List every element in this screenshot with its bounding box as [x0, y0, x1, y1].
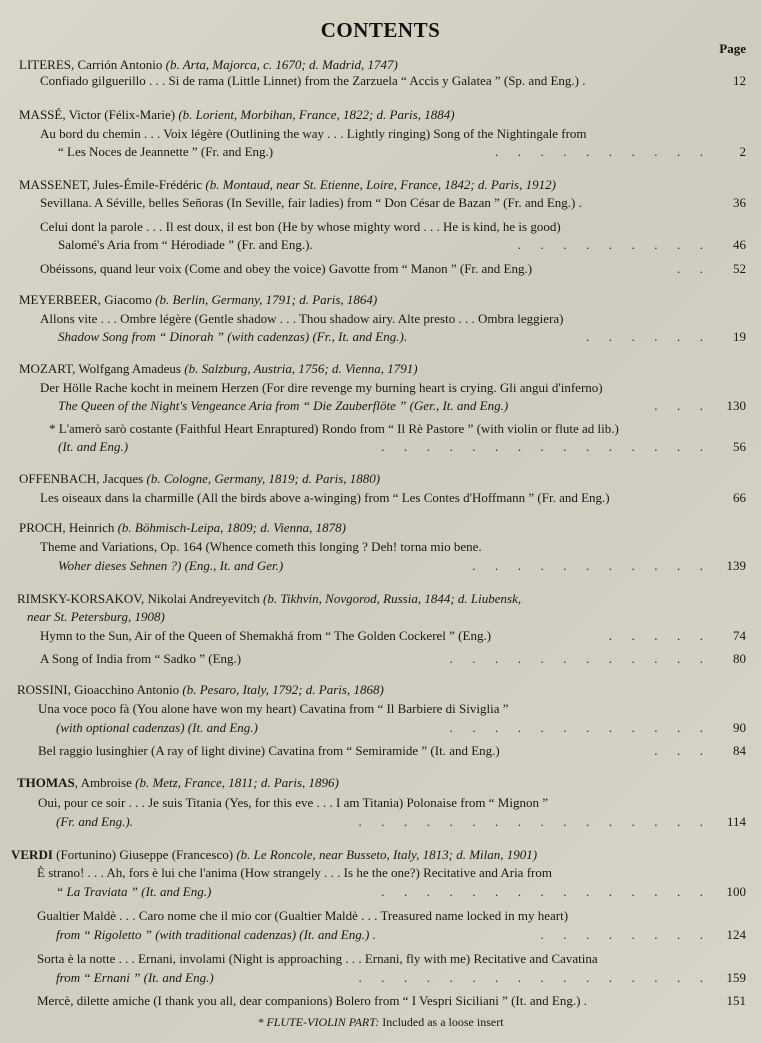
footnote-marker: * FLUTE-VIOLIN PART:: [257, 1015, 379, 1029]
work-title-cont: from “ Rigoletto ” (with traditional cad…: [56, 926, 376, 944]
composer-given-name: (Fortunino) Giuseppe (Francesco): [53, 847, 233, 862]
work-entry[interactable]: Les oiseaux dans la charmille (All the b…: [0, 489, 761, 507]
work-entry[interactable]: Hymn to the Sun, Air of the Queen of She…: [0, 627, 761, 645]
work-entry[interactable]: Der Hölle Rache kocht in meinem Herzen (…: [0, 379, 761, 397]
work-entry[interactable]: Mercè, dilette amiche (I thank you all, …: [0, 992, 761, 1010]
work-entry[interactable]: Au bord du chemin . . . Voix légère (Out…: [0, 125, 761, 143]
composer-given-name: , Giacomo: [98, 292, 152, 307]
page-number: 2: [716, 143, 746, 161]
composer-given-name: , Carrión Antonio: [71, 57, 162, 72]
composer-bio-cont: near St. Petersburg, 1908): [27, 609, 165, 624]
work-entry-continuation[interactable]: Salomé's Aria from “ Hérodiade ” (Fr. an…: [0, 236, 761, 254]
work-title: Oui, pour ce soir . . . Je suis Titania …: [38, 794, 548, 812]
work-entry[interactable]: A Song of India from “ Sadko ” (Eng.) . …: [0, 650, 761, 668]
work-title: Hymn to the Sun, Air of the Queen of She…: [40, 627, 491, 645]
page-number: 36: [716, 194, 746, 212]
work-entry[interactable]: È strano! . . . Ah, fors è lui che l'ani…: [0, 864, 761, 882]
dot-leader: . . . . . . . . . . . . . . .: [381, 883, 703, 901]
page-number: 52: [716, 260, 746, 278]
work-title: Mercè, dilette amiche (I thank you all, …: [37, 992, 587, 1010]
dot-leader: . .: [677, 260, 703, 278]
work-entry-continuation[interactable]: “ La Traviata ” (It. and Eng.) . . . . .…: [0, 883, 761, 901]
footnote-text: Included as a loose insert: [379, 1015, 503, 1029]
work-title-cont: (It. and Eng.): [58, 438, 128, 456]
composer-bio: (b. Salzburg, Austria, 1756; d. Vienna, …: [184, 361, 417, 376]
work-entry[interactable]: * L'amerò sarò costante (Faithful Heart …: [0, 420, 761, 438]
page-number: 12: [716, 72, 746, 90]
composer-heading: VERDI (Fortunino) Giuseppe (Francesco) (…: [0, 846, 761, 864]
work-entry-continuation[interactable]: The Queen of the Night's Vengeance Aria …: [0, 397, 761, 415]
dot-leader: . . . . . . . . . . . . . . . .: [359, 969, 704, 987]
composer-name: MASSÉ: [19, 107, 62, 122]
page-number: 66: [716, 489, 746, 507]
composer-heading: ROSSINI, Gioacchino Antonio (b. Pesaro, …: [0, 681, 761, 699]
work-entry[interactable]: Sorta è la notte . . . Ernani, involami …: [0, 950, 761, 968]
work-title-cont: Shadow Song from “ Dinorah ” (with caden…: [58, 328, 407, 346]
page-number: 74: [716, 627, 746, 645]
page-number: 80: [716, 650, 746, 668]
work-title: Les oiseaux dans la charmille (All the b…: [40, 489, 610, 507]
work-title: Obéissons, quand leur voix (Come and obe…: [40, 260, 532, 278]
work-title: Gualtier Maldè . . . Caro nome che il mi…: [37, 907, 568, 925]
composer-heading: OFFENBACH, Jacques (b. Cologne, Germany,…: [0, 470, 761, 488]
composer-given-name: , Gioacchino Antonio: [68, 682, 180, 697]
composer-name: PROCH: [19, 520, 62, 535]
work-entry[interactable]: Gualtier Maldè . . . Caro nome che il mi…: [0, 907, 761, 925]
work-title: Una voce poco fà (You alone have won my …: [38, 700, 509, 718]
contents-page: CONTENTS Page LITERES, Carrión Antonio (…: [0, 0, 761, 1043]
composer-heading: MASSÉ, Victor (Félix-Marie) (b. Lorient,…: [0, 106, 761, 124]
page-number: 46: [716, 236, 746, 254]
dot-leader: . . . . . . . . . . . .: [450, 719, 704, 737]
composer-name: ROSSINI: [17, 682, 68, 697]
work-title: Der Hölle Rache kocht in meinem Herzen (…: [40, 379, 603, 397]
work-title: A Song of India from “ Sadko ” (Eng.): [40, 650, 241, 668]
composer-bio: (b. Pesaro, Italy, 1792; d. Paris, 1868): [182, 682, 383, 697]
work-title: Celui dont la parole . . . Il est doux, …: [40, 218, 561, 236]
work-entry[interactable]: Celui dont la parole . . . Il est doux, …: [0, 218, 761, 236]
work-entry-continuation[interactable]: “ Les Noces de Jeannette ” (Fr. and Eng.…: [0, 143, 761, 161]
work-entry[interactable]: Bel raggio lusinghier (A ray of light di…: [0, 742, 761, 760]
page-number: 139: [716, 557, 746, 575]
dot-leader: . . . . . . . . . .: [495, 143, 703, 161]
work-entry-continuation[interactable]: Woher dieses Sehnen ?) (Eng., It. and Ge…: [0, 557, 761, 575]
work-title-cont: from “ Ernani ” (It. and Eng.): [56, 969, 214, 987]
work-entry-continuation[interactable]: from “ Ernani ” (It. and Eng.) . . . . .…: [0, 969, 761, 987]
composer-given-name: , Jacques: [96, 471, 143, 486]
composer-given-name: , Ambroise: [75, 775, 132, 790]
page-column-label: Page: [719, 41, 746, 57]
composer-name: RIMSKY-KORSAKOV: [17, 591, 141, 606]
composer-given-name: , Nikolai Andreyevitch: [141, 591, 260, 606]
page-number: 19: [716, 328, 746, 346]
composer-heading: MOZART, Wolfgang Amadeus (b. Salzburg, A…: [0, 360, 761, 378]
composer-bio-continuation: near St. Petersburg, 1908): [0, 608, 761, 626]
composer-name: THOMAS: [17, 775, 75, 790]
composer-bio: (b. Metz, France, 1811; d. Paris, 1896): [135, 775, 339, 790]
work-title-cont: (Fr. and Eng.).: [56, 813, 133, 831]
work-title: Theme and Variations, Op. 164 (Whence co…: [40, 538, 482, 556]
composer-bio: (b. Böhmisch-Leipa, 1809; d. Vienna, 187…: [118, 520, 346, 535]
work-title-cont: Woher dieses Sehnen ?) (Eng., It. and Ge…: [58, 557, 283, 575]
composer-name: MEYERBEER: [19, 292, 98, 307]
work-title: Allons vite . . . Ombre légère (Gentle s…: [40, 310, 563, 328]
dot-leader: . . . . . . . . . . .: [472, 557, 703, 575]
page-number: 114: [716, 813, 746, 831]
composer-bio: (b. Berlin, Germany, 1791; d. Paris, 186…: [155, 292, 377, 307]
composer-bio: (b. Cologne, Germany, 1819; d. Paris, 18…: [146, 471, 380, 486]
composer-name: OFFENBACH: [19, 471, 96, 486]
work-title: Sevillana. A Séville, belles Señoras (In…: [40, 194, 582, 212]
page-number: 151: [716, 992, 746, 1010]
work-title: Sorta è la notte . . . Ernani, involami …: [37, 950, 598, 968]
dot-leader: . . . . . . . . . . . . . . .: [381, 438, 703, 456]
composer-bio: (b. Le Roncole, near Busseto, Italy, 181…: [236, 847, 537, 862]
work-entry[interactable]: Sevillana. A Séville, belles Señoras (In…: [0, 194, 761, 212]
work-entry-continuation[interactable]: Shadow Song from “ Dinorah ” (with caden…: [0, 328, 761, 346]
work-title: Au bord du chemin . . . Voix légère (Out…: [40, 125, 587, 143]
composer-bio: (b. Lorient, Morbihan, France, 1822; d. …: [178, 107, 454, 122]
composer-bio: (b. Arta, Majorca, c. 1670; d. Madrid, 1…: [166, 57, 398, 72]
composer-heading: THOMAS, Ambroise (b. Metz, France, 1811;…: [0, 774, 761, 792]
work-title-cont: Salomé's Aria from “ Hérodiade ” (Fr. an…: [58, 236, 313, 254]
work-entry[interactable]: Allons vite . . . Ombre légère (Gentle s…: [0, 310, 761, 328]
page-number: 130: [716, 397, 746, 415]
composer-given-name: , Jules-Émile-Frédéric: [87, 177, 203, 192]
composer-given-name: , Wolfgang Amadeus: [72, 361, 181, 376]
footnote: * FLUTE-VIOLIN PART: Included as a loose…: [0, 1013, 761, 1031]
dot-leader: . . . . . . . . . . . .: [450, 650, 704, 668]
dot-leader: . . .: [654, 742, 703, 760]
work-title-cont: (with optional cadenzas) (It. and Eng.): [56, 719, 258, 737]
page-number: 100: [716, 883, 746, 901]
page-number: 90: [716, 719, 746, 737]
work-title-cont: The Queen of the Night's Vengeance Aria …: [58, 397, 508, 415]
composer-name: VERDI: [11, 847, 53, 862]
work-entry[interactable]: Oui, pour ce soir . . . Je suis Titania …: [0, 794, 761, 812]
composer-given-name: , Victor (Félix-Marie): [62, 107, 175, 122]
work-entry-continuation[interactable]: (It. and Eng.) . . . . . . . . . . . . .…: [0, 438, 761, 456]
dot-leader: . . . . . . . . . . . . . . . .: [359, 813, 704, 831]
work-title-cont: “ La Traviata ” (It. and Eng.): [56, 883, 211, 901]
dot-leader: . . . . . . . .: [541, 926, 704, 944]
composer-heading: MEYERBEER, Giacomo (b. Berlin, Germany, …: [0, 291, 761, 309]
dot-leader: . . .: [654, 397, 703, 415]
page-number: 56: [716, 438, 746, 456]
work-title-cont: “ Les Noces de Jeannette ” (Fr. and Eng.…: [58, 143, 273, 161]
composer-bio: (b. Tikhvin, Novgorod, Russia, 1844; d. …: [263, 591, 521, 606]
work-entry-continuation[interactable]: from “ Rigoletto ” (with traditional cad…: [0, 926, 761, 944]
dot-leader: . . . . . . . . .: [518, 236, 703, 254]
work-title: Bel raggio lusinghier (A ray of light di…: [38, 742, 500, 760]
work-entry[interactable]: Una voce poco fà (You alone have won my …: [0, 700, 761, 718]
work-entry[interactable]: Theme and Variations, Op. 164 (Whence co…: [0, 538, 761, 556]
work-entry-continuation[interactable]: (Fr. and Eng.). . . . . . . . . . . . . …: [0, 813, 761, 831]
page-number: 84: [716, 742, 746, 760]
composer-name: LITERES: [19, 57, 71, 72]
work-entry-continuation[interactable]: (with optional cadenzas) (It. and Eng.) …: [0, 719, 761, 737]
composer-given-name: , Heinrich: [62, 520, 114, 535]
work-title: Confiado gilguerillo . . . Si de rama (L…: [40, 72, 585, 90]
composer-heading: RIMSKY-KORSAKOV, Nikolai Andreyevitch (b…: [0, 590, 761, 608]
work-title: È strano! . . . Ah, fors è lui che l'ani…: [37, 864, 552, 882]
work-entry[interactable]: Confiado gilguerillo . . . Si de rama (L…: [0, 72, 761, 90]
page-title: CONTENTS: [0, 18, 761, 43]
dot-leader: . . . . . .: [586, 328, 703, 346]
composer-heading: MASSENET, Jules-Émile-Frédéric (b. Monta…: [0, 176, 761, 194]
work-entry[interactable]: Obéissons, quand leur voix (Come and obe…: [0, 260, 761, 278]
composer-bio: (b. Montaud, near St. Etienne, Loire, Fr…: [205, 177, 555, 192]
work-title: * L'amerò sarò costante (Faithful Heart …: [49, 420, 619, 438]
composer-name: MASSENET: [19, 177, 87, 192]
composer-heading: PROCH, Heinrich (b. Böhmisch-Leipa, 1809…: [0, 519, 761, 537]
page-number: 159: [716, 969, 746, 987]
composer-name: MOZART: [19, 361, 72, 376]
page-number: 124: [716, 926, 746, 944]
dot-leader: . . . . .: [609, 627, 703, 645]
